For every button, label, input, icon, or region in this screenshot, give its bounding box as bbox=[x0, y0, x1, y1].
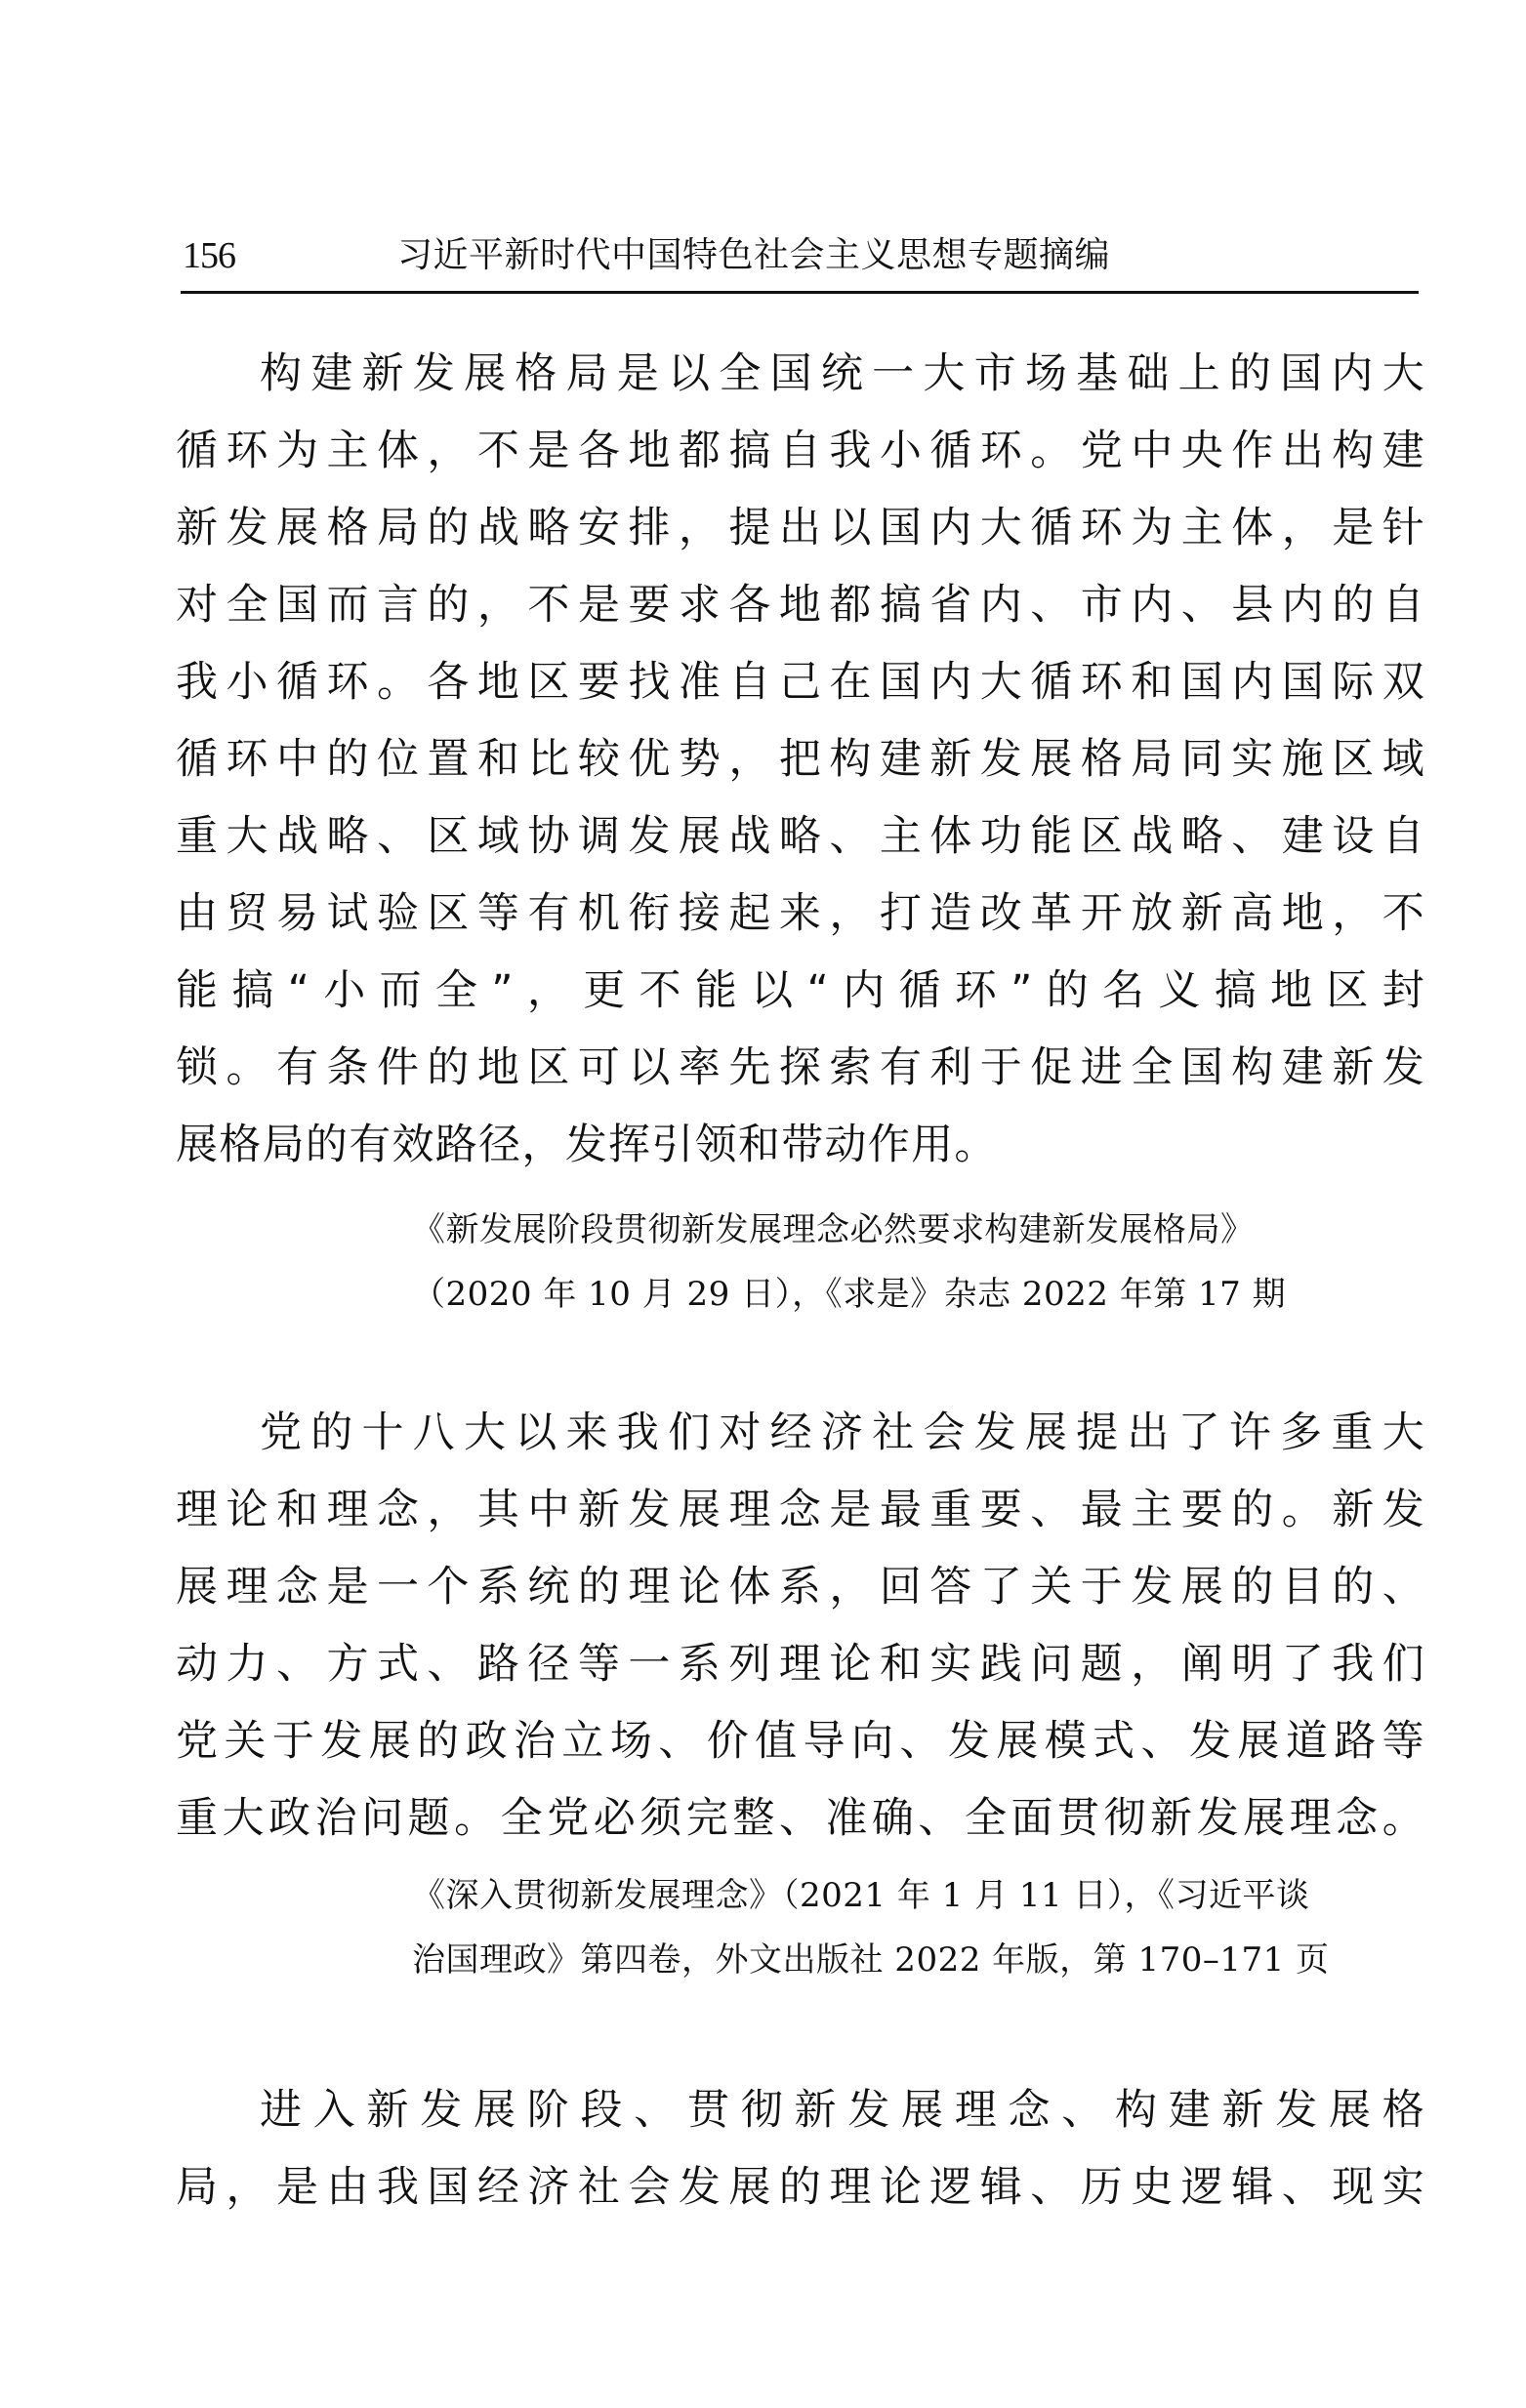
excerpt-1: 构建新发展格局是以全国统一大市场基础上的国内大 循环为主体，不是各地都搞自我小循… bbox=[176, 336, 1425, 1326]
text-line: 循环中的位置和比较优势，把构建新发展格局同实施区域 bbox=[176, 721, 1425, 798]
excerpt-1-citation: 《新发展阶段贯彻新发展理念必然要求构建新发展格局》 （2020 年 10 月 2… bbox=[176, 1198, 1425, 1326]
text-line: 对全国而言的，不是要求各地都搞省内、市内、县内的自 bbox=[176, 567, 1425, 644]
citation-line: （2020 年 10 月 29 日），《求是》杂志 2022 年第 17 期 bbox=[412, 1262, 1425, 1326]
text-line: 局，是由我国经济社会发展的理论逻辑、历史逻辑、现实 bbox=[176, 2149, 1425, 2226]
text-line: 循环为主体，不是各地都搞自我小循环。党中央作出构建 bbox=[176, 413, 1425, 490]
text-line: 展理念是一个系统的理论体系，回答了关于发展的目的、 bbox=[176, 1549, 1425, 1626]
page-number: 156 bbox=[183, 232, 235, 279]
text-line: 动力、方式、路径等一系列理论和实践问题，阐明了我们 bbox=[176, 1626, 1425, 1703]
running-title: 习近平新时代中国特色社会主义思想专题摘编 bbox=[397, 232, 1110, 279]
header-rule bbox=[181, 291, 1419, 294]
citation-line: 《深入贯彻新发展理念》（2021 年 1 月 11 日），《习近平谈 bbox=[412, 1863, 1425, 1928]
text-line: 构建新发展格局是以全国统一大市场基础上的国内大 bbox=[176, 336, 1425, 413]
page-header: 156 习近平新时代中国特色社会主义思想专题摘编 bbox=[181, 232, 1419, 291]
text-line: 由贸易试验区等有机衔接起来，打造改革开放新高地，不 bbox=[176, 876, 1425, 953]
excerpt-2-body: 党的十八大以来我们对经济社会发展提出了许多重大 理论和理念，其中新发展理念是最重… bbox=[176, 1395, 1425, 1857]
text-line: 展格局的有效路径，发挥引领和带动作用。 bbox=[176, 1107, 1425, 1184]
excerpt-2: 党的十八大以来我们对经济社会发展提出了许多重大 理论和理念，其中新发展理念是最重… bbox=[176, 1395, 1425, 1992]
text-line: 锁。有条件的地区可以率先探索有利于促进全国构建新发 bbox=[176, 1030, 1425, 1107]
text-line: 进入新发展阶段、贯彻新发展理念、构建新发展格 bbox=[176, 2072, 1425, 2149]
text-line: 理论和理念，其中新发展理念是最重要、最主要的。新发 bbox=[176, 1472, 1425, 1549]
excerpt-3-body: 进入新发展阶段、贯彻新发展理念、构建新发展格 局，是由我国经济社会发展的理论逻辑… bbox=[176, 2072, 1425, 2226]
text-line: 新发展格局的战略安排，提出以国内大循环为主体，是针 bbox=[176, 490, 1425, 567]
citation-line: 《新发展阶段贯彻新发展理念必然要求构建新发展格局》 bbox=[412, 1198, 1425, 1262]
page-content: 构建新发展格局是以全国统一大市场基础上的国内大 循环为主体，不是各地都搞自我小循… bbox=[176, 336, 1425, 2226]
citation-line: 治国理政》第四卷，外文出版社 2022 年版，第 170–171 页 bbox=[412, 1928, 1425, 1992]
text-line: 重大战略、区域协调发展战略、主体功能区战略、建设自 bbox=[176, 798, 1425, 876]
text-line: 党的十八大以来我们对经济社会发展提出了许多重大 bbox=[176, 1395, 1425, 1472]
text-line: 党关于发展的政治立场、价值导向、发展模式、发展道路等 bbox=[176, 1703, 1425, 1780]
text-line: 我小循环。各地区要找准自己在国内大循环和国内国际双 bbox=[176, 644, 1425, 721]
text-line: 能搞“小而全”，更不能以“内循环”的名义搞地区封 bbox=[176, 953, 1425, 1030]
text-line: 重大政治问题。全党必须完整、准确、全面贯彻新发展理念。 bbox=[176, 1780, 1425, 1857]
excerpt-3: 进入新发展阶段、贯彻新发展理念、构建新发展格 局，是由我国经济社会发展的理论逻辑… bbox=[176, 2072, 1425, 2226]
excerpt-2-citation: 《深入贯彻新发展理念》（2021 年 1 月 11 日），《习近平谈 治国理政》… bbox=[176, 1863, 1425, 1992]
excerpt-1-body: 构建新发展格局是以全国统一大市场基础上的国内大 循环为主体，不是各地都搞自我小循… bbox=[176, 336, 1425, 1184]
